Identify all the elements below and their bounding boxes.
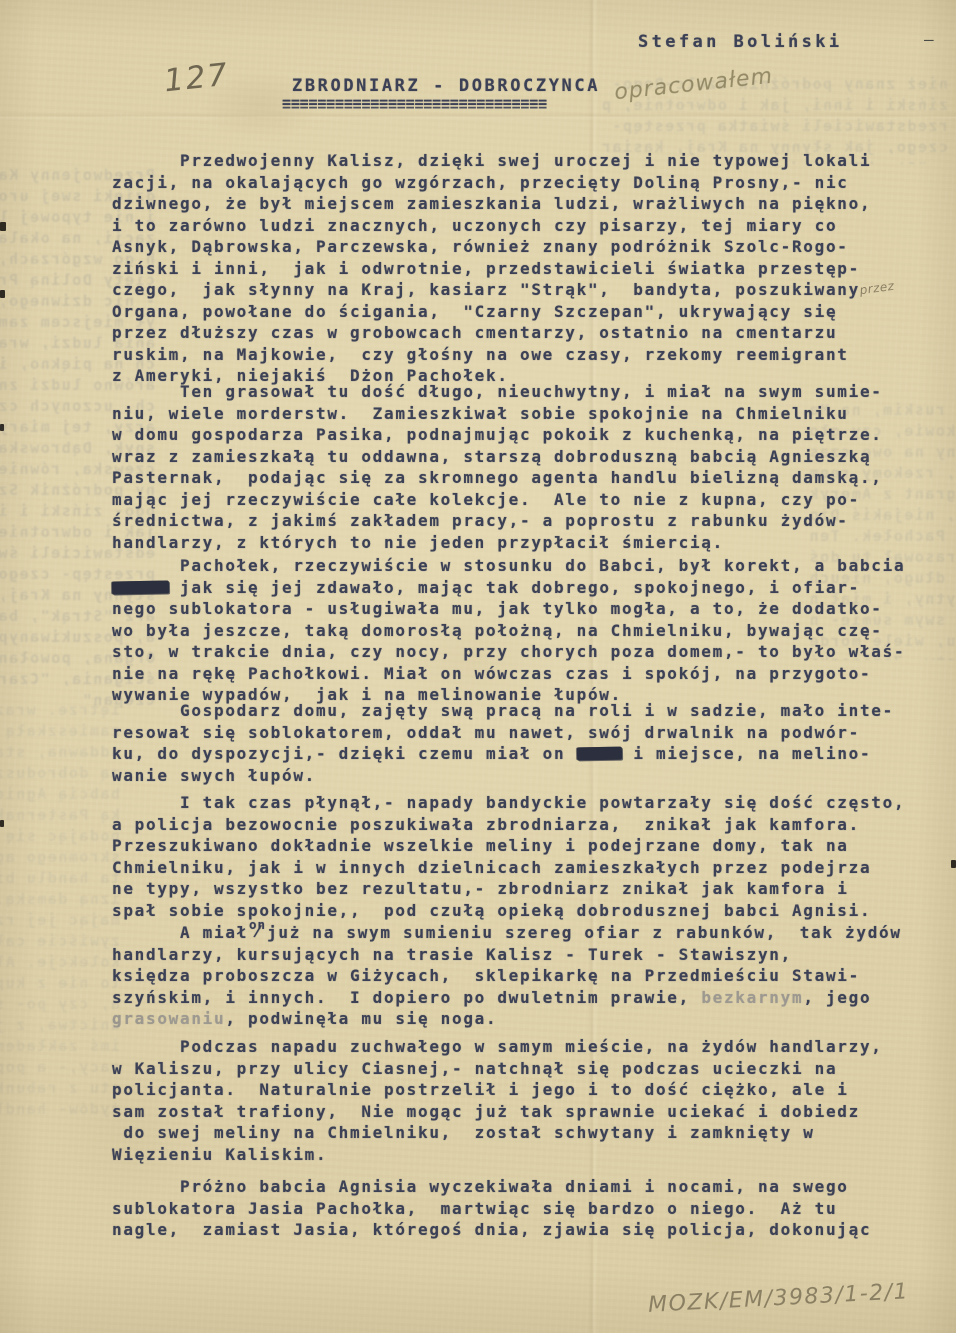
scan-artifact — [951, 860, 956, 868]
typescript-line: resował się soblokatorem, oddał mu nawet… — [112, 722, 940, 744]
typescript-line: a policja bezowocnie poszukiwała zbrodni… — [112, 814, 940, 836]
typescript-paragraph: Pachołek, rzeczywiście w stosunku do Bab… — [112, 555, 940, 706]
horizontal-fold-crease — [0, 112, 956, 120]
typescript-paragraph: I tak czas płynął,- napady bandyckie pow… — [112, 792, 940, 921]
typescript-line: wraz z zamieszkałą tu oddawna, starszą d… — [112, 446, 940, 468]
typescript-line: handlarzy, kursujących na trasie Kalisz … — [112, 944, 940, 966]
typescript-line: Więzieniu Kaliskim. — [112, 1144, 940, 1166]
typescript-line: grasowaniu, podwinęła mu się noga. — [112, 1008, 940, 1030]
typescript-paragraph: Próżno babcia Agnisia wyczekiwała dniami… — [112, 1176, 940, 1241]
typescript-paragraph: Gospodarz domu, zajęty swą pracą na roli… — [112, 700, 940, 786]
typescript-line: sto, w trakcie dnia, czy nocy, przy chor… — [112, 641, 940, 663]
typescript-line: ku, do dyspozycji,- dzięki czemu miał on… — [112, 743, 940, 765]
typescript-line: wo była jeszcze, taką domorosłą położną,… — [112, 620, 940, 642]
strikethrough-redaction: xxxxx — [112, 580, 169, 594]
typescript-line: księdza proboszcza w Giżycach, sklepikar… — [112, 965, 940, 987]
title-underline: ============================== — [282, 93, 547, 111]
typescript-line: Asnyk, Dąbrowska, Parczewska, również zn… — [112, 236, 940, 258]
typescript-line: mając jej rzeczywiście całe kolekcje. Al… — [112, 489, 940, 511]
scan-artifact — [0, 424, 4, 431]
typescript-line: nagle, zamiast Jasia, któregoś dnia, zja… — [112, 1219, 940, 1241]
typescript-line: Pasternak, podając się za skromnego agen… — [112, 467, 940, 489]
typescript-line: Ten grasował tu dość długo, nieuchwytny,… — [112, 381, 940, 403]
faded-word: bezkarnym — [701, 988, 803, 1007]
typescript-line: nego sublokatora - usługiwała mu, jak ty… — [112, 598, 940, 620]
typescript-line: szyńskim, i innych. I dopiero po dwuletn… — [112, 987, 940, 1009]
handwritten-margin-note: przez — [858, 276, 896, 302]
typescript-line: Chmielniku, jak i w innych dzielnicach z… — [112, 857, 940, 879]
scan-artifact — [0, 820, 4, 827]
typescript-line: i to zarówno ludzi znacznych, uczonych c… — [112, 215, 940, 237]
typescript-line: sam został trafiony, Nie mogąc już tak s… — [112, 1101, 940, 1123]
typescript-line: czego, jak słynny na Kraj, kasiarz "Strą… — [112, 279, 940, 301]
annotation-opracowalem-handwritten: opracowałem — [613, 64, 774, 106]
typescript-paragraph: Podczas napadu zuchwałego w samym mieści… — [112, 1036, 940, 1165]
typescript-line: do swej meliny na Chmielniku, został sch… — [112, 1122, 940, 1144]
typescript-line: ne typy, wszystko bez rezultatu,- zbrodn… — [112, 878, 940, 900]
typescript-line: I tak czas płynął,- napady bandyckie pow… — [112, 792, 940, 814]
typescript-line: Gospodarz domu, zajęty swą pracą na roli… — [112, 700, 940, 722]
typescript-line: ziński i inni, jak i odwrotnie, przedsta… — [112, 258, 940, 280]
typescript-line: dziwnego, że był miejscem zamieszkania l… — [112, 193, 940, 215]
faded-word: grasowaniu — [112, 1009, 225, 1028]
typescript-line: niu, wiele morderstw. Zamieszkiwał sobie… — [112, 403, 940, 425]
typescript-line: Przeszukiwano dokładnie wszelkie meliny … — [112, 835, 940, 857]
typescript-line: A miałonjuż na swym sumieniu szereg ofia… — [112, 922, 940, 944]
typescript-paragraph: Przedwojenny Kalisz, dzięki swej uroczej… — [112, 150, 940, 387]
scan-artifact — [0, 222, 6, 231]
typescript-line: sublokatora Jasia Pachołka, martwiąc się… — [112, 1198, 940, 1220]
typescript-paragraph: Ten grasował tu dość długo, nieuchwytny,… — [112, 381, 940, 553]
typescript-line: Organa, powołane do ścigania, "Czarny Sz… — [112, 301, 940, 323]
page-number-handwritten: 127 — [162, 57, 231, 100]
typescript-line: xxxxx jak się jej zdawało, mając tak dob… — [112, 577, 940, 599]
bleed-through-text: iętrze. wraz z zamieszkałą tu oddawna, s… — [0, 700, 120, 1120]
scan-artifact — [0, 290, 5, 298]
typescript-line: w domu gospodarza Pasika, podnajmując po… — [112, 424, 940, 446]
author-name: Stefan Boliński — [638, 32, 843, 52]
typescript-page: Przedwojenny Kalisz, dzięki swej uroczej… — [0, 0, 956, 1333]
typescript-line: zacji, na okalających go wzgórzach, prze… — [112, 172, 940, 194]
typescript-paragraph: A miałonjuż na swym sumieniu szereg ofia… — [112, 922, 940, 1030]
typescript-line: ruskim, na Majkowie, czy głośny na owe c… — [112, 344, 940, 366]
typescript-line: Podczas napadu zuchwałego w samym mieści… — [112, 1036, 940, 1058]
typescript-line: nie na rękę Pachołkowi. Miał on wówczas … — [112, 663, 940, 685]
typescript-line: Próżno babcia Agnisia wyczekiwała dniami… — [112, 1176, 940, 1198]
typescript-line: Przedwojenny Kalisz, dzięki swej uroczej… — [112, 150, 940, 172]
inserted-word: on — [249, 914, 266, 936]
strikethrough-redaction: xxxx — [577, 747, 623, 761]
typescript-line: Pachołek, rzeczywiście w stosunku do Bab… — [112, 555, 940, 577]
typescript-line: w Kaliszu, przy ulicy Ciasnej,- natchnął… — [112, 1058, 940, 1080]
typescript-line: spał sobie spokojnie,, pod czułą opieką … — [112, 900, 940, 922]
typescript-line: średnictwa, z jakimś zakładem pracy,- a … — [112, 510, 940, 532]
margin-dash: — — [924, 30, 934, 49]
typescript-line: przez dłuższy czas w grobowcach cmentarz… — [112, 322, 940, 344]
typescript-line: policjanta. Naturalnie postrzelił i jego… — [112, 1079, 940, 1101]
typescript-line: wanie swych łupów. — [112, 765, 940, 787]
typescript-line: handlarzy, z których to nie jeden przypł… — [112, 532, 940, 554]
catalog-number-handwritten: MOZK/EM/3983/1-2/1 — [648, 1279, 910, 1318]
